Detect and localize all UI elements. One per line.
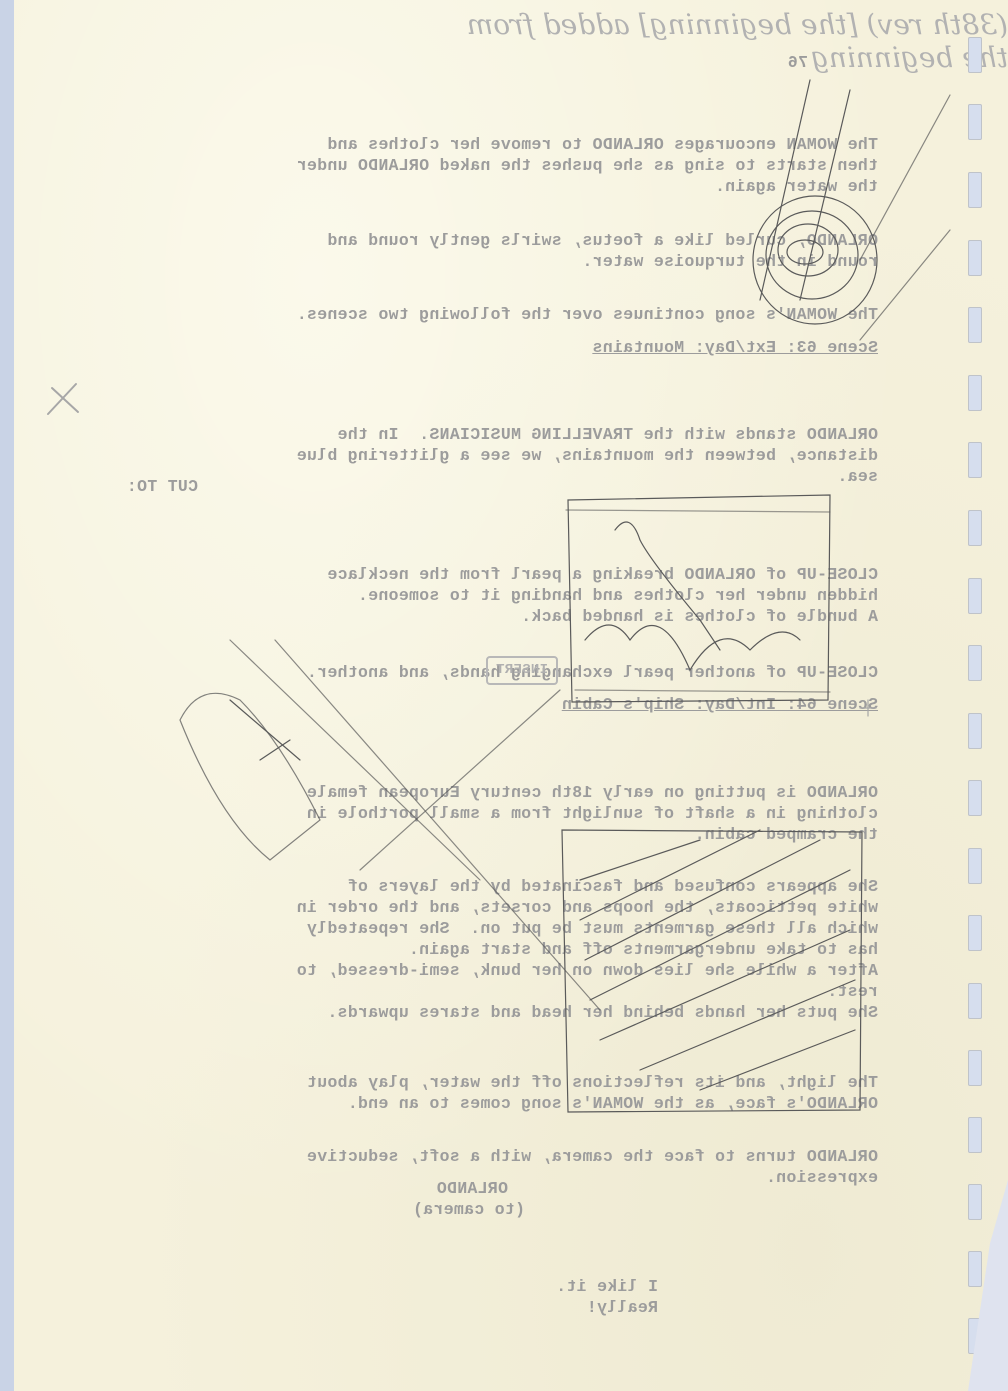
pencil-sketches — [0, 0, 1008, 1391]
